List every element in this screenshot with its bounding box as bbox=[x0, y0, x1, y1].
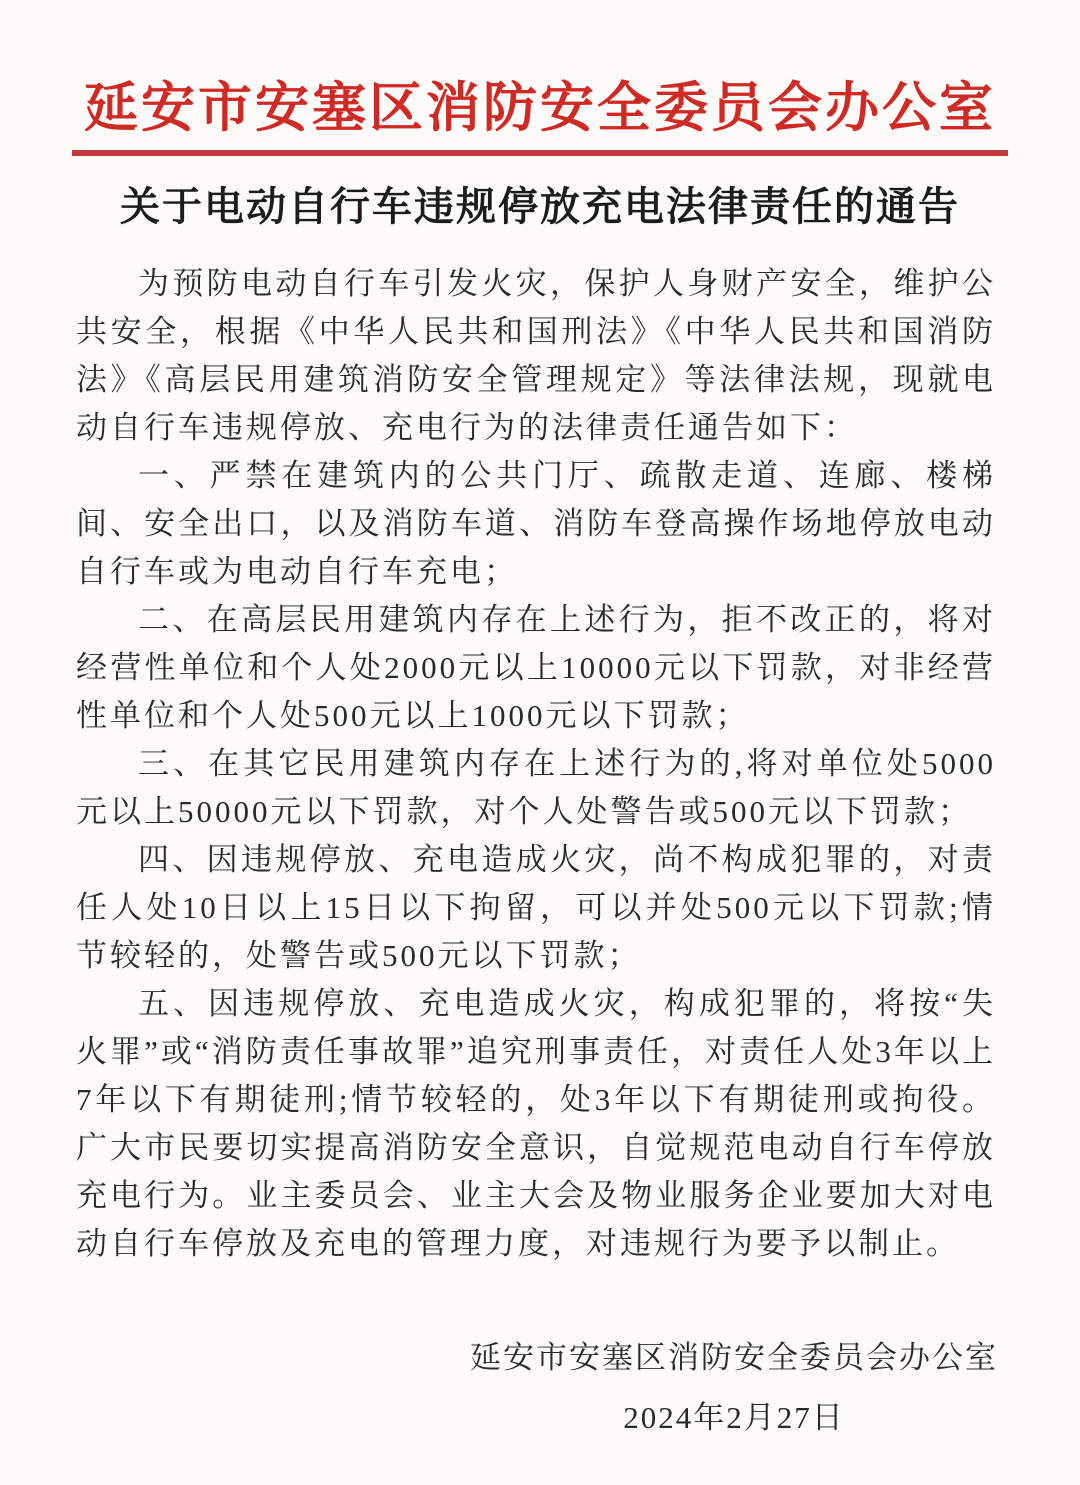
signature-date: 2024年2月27日 bbox=[454, 1394, 1014, 1442]
org-title: 延安市安塞区消防安全委员会办公室 bbox=[0, 0, 1080, 140]
paragraph-item-4: 四、因违规停放、充电造成火灾，尚不构成犯罪的，对责任人处10日以上15日以下拘留… bbox=[76, 836, 996, 980]
signature-org: 延安市安塞区消防安全委员会办公室 bbox=[454, 1334, 1014, 1382]
paragraph-item-2: 二、在高层民用建筑内存在上述行为，拒不改正的，将对经营性单位和个人处2000元以… bbox=[76, 596, 996, 740]
paragraph-intro: 为预防电动自行车引发火灾，保护人身财产安全，维护公共安全，根据《中华人民共和国刑… bbox=[76, 260, 996, 452]
paragraph-item-1: 一、严禁在建筑内的公共门厅、疏散走道、连廊、楼梯间、安全出口，以及消防车道、消防… bbox=[76, 452, 996, 596]
signature-block: 延安市安塞区消防安全委员会办公室 2024年2月27日 bbox=[454, 1320, 1014, 1485]
paragraph-item-5: 五、因违规停放、充电造成火灾，构成犯罪的，将按“失火罪”或“消防责任事故罪”追究… bbox=[76, 980, 996, 1268]
notice-document: 延安市安塞区消防安全委员会办公室 关于电动自行车违规停放充电法律责任的通告 为预… bbox=[0, 0, 1080, 1485]
notice-body: 为预防电动自行车引发火灾，保护人身财产安全，维护公共安全，根据《中华人民共和国刑… bbox=[76, 260, 996, 1268]
paragraph-item-3: 三、在其它民用建筑内存在上述行为的,将对单位处5000元以上50000元以下罚款… bbox=[76, 740, 996, 836]
notice-title: 关于电动自行车违规停放充电法律责任的通告 bbox=[0, 156, 1080, 230]
